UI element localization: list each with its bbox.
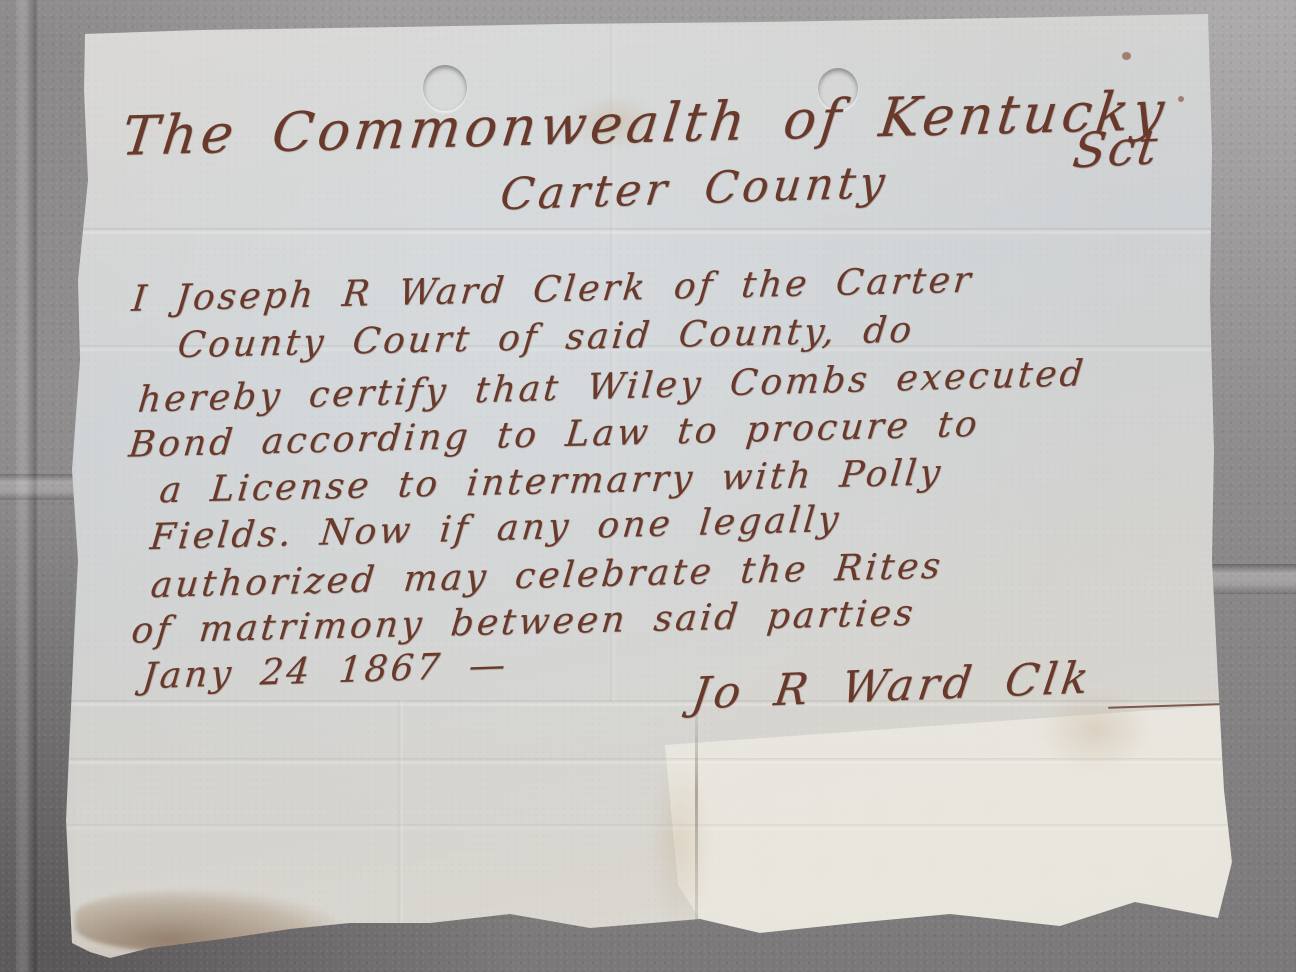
signature-flourish-line xyxy=(1108,703,1238,709)
header-commonwealth: The Commonwealth of Kentucky xyxy=(119,79,1172,168)
clerk-signature: Jo R Ward Clk xyxy=(689,653,1096,720)
document-paper: The Commonwealth of Kentucky Sct Carter … xyxy=(50,0,1240,960)
manuscript-line-date: Jany 24 1867 — xyxy=(140,645,510,698)
manuscript-text: The Commonwealth of Kentucky Sct Carter … xyxy=(43,0,1246,968)
header-county: Carter County xyxy=(498,157,891,220)
surface-seam-right xyxy=(1200,564,1296,594)
photograph-of-manuscript: The Commonwealth of Kentucky Sct Carter … xyxy=(0,0,1296,972)
header-sct-abbrev: Sct xyxy=(1070,119,1163,179)
manuscript-line: County Court of said County, do xyxy=(176,310,917,366)
